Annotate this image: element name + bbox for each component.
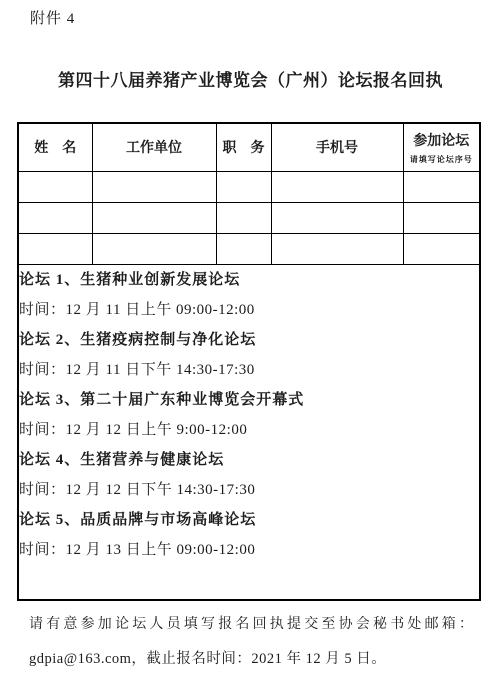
attachment-label: 附件 4 <box>30 7 75 28</box>
col-header-name-label: 姓 名 <box>34 141 76 156</box>
input-cell-phone-3[interactable] <box>271 233 403 264</box>
forum-item-time: 时间：12 月 11 日上午 09:00-12:00 <box>19 295 479 325</box>
forum-item-name: 论坛 5、品质品牌与市场高峰论坛 <box>19 505 479 535</box>
input-cell-forum-2[interactable] <box>403 202 480 233</box>
input-cell-name-1[interactable] <box>18 171 92 202</box>
input-cell-forum-1[interactable] <box>403 171 480 202</box>
forum-item-name: 论坛 1、生猪种业创新发展论坛 <box>19 265 479 295</box>
table-row <box>18 171 480 202</box>
input-cell-work-unit-3[interactable] <box>92 233 216 264</box>
input-cell-phone-1[interactable] <box>271 171 403 202</box>
forum-item-time: 时间：12 月 13 日上午 09:00-12:00 <box>19 535 479 565</box>
input-cell-name-3[interactable] <box>18 233 92 264</box>
forum-item-name: 论坛 3、第二十届广东种业博览会开幕式 <box>19 385 479 415</box>
input-cell-forum-3[interactable] <box>403 233 480 264</box>
input-cell-phone-2[interactable] <box>271 202 403 233</box>
forum-item-name: 论坛 2、生猪疫病控制与净化论坛 <box>19 325 479 355</box>
forum-item-time: 时间：12 月 12 日上午 9:00-12:00 <box>19 415 479 445</box>
col-header-phone: 手机号 <box>271 123 403 171</box>
table-header-row: 姓 名 工作单位 职 务 手机号 参加论坛 请填写论坛序号 <box>18 123 480 171</box>
col-header-forum-note: 请填写论坛序号 <box>404 154 480 165</box>
forum-item-time: 时间：12 月 12 日下午 14:30-17:30 <box>19 475 479 505</box>
col-header-position-label: 职 务 <box>223 141 265 156</box>
col-header-work-unit-label: 工作单位 <box>126 141 182 156</box>
input-cell-name-2[interactable] <box>18 202 92 233</box>
forum-list-row: 论坛 1、生猪种业创新发展论坛 时间：12 月 11 日上午 09:00-12:… <box>18 264 480 600</box>
col-header-forum-label: 参加论坛 <box>413 134 469 149</box>
input-cell-work-unit-2[interactable] <box>92 202 216 233</box>
col-header-work-unit: 工作单位 <box>92 123 216 171</box>
input-cell-work-unit-1[interactable] <box>92 171 216 202</box>
forum-item-time: 时间：12 月 11 日下午 14:30-17:30 <box>19 355 479 385</box>
registration-table: 姓 名 工作单位 职 务 手机号 参加论坛 请填写论坛序号 <box>17 122 481 601</box>
page-title: 第四十八届养猪产业博览会（广州）论坛报名回执 <box>0 66 501 91</box>
forum-list: 论坛 1、生猪种业创新发展论坛 时间：12 月 11 日上午 09:00-12:… <box>18 264 480 600</box>
col-header-name: 姓 名 <box>18 123 92 171</box>
forum-item-name: 论坛 4、生猪营养与健康论坛 <box>19 445 479 475</box>
input-cell-position-1[interactable] <box>216 171 271 202</box>
footer-note-line2: gdpia@163.com，截止报名时间：2021 年 12 月 5 日。 <box>29 647 386 668</box>
table-row <box>18 202 480 233</box>
input-cell-position-2[interactable] <box>216 202 271 233</box>
input-cell-position-3[interactable] <box>216 233 271 264</box>
col-header-position: 职 务 <box>216 123 271 171</box>
footer-note-line1: 请有意参加论坛人员填写报名回执提交至协会秘书处邮箱： <box>29 613 476 633</box>
col-header-forum: 参加论坛 请填写论坛序号 <box>403 123 480 171</box>
document-page: 附件 4 第四十八届养猪产业博览会（广州）论坛报名回执 姓 名 工作单位 职 务 <box>0 0 501 681</box>
table-row <box>18 233 480 264</box>
col-header-phone-label: 手机号 <box>316 141 358 156</box>
